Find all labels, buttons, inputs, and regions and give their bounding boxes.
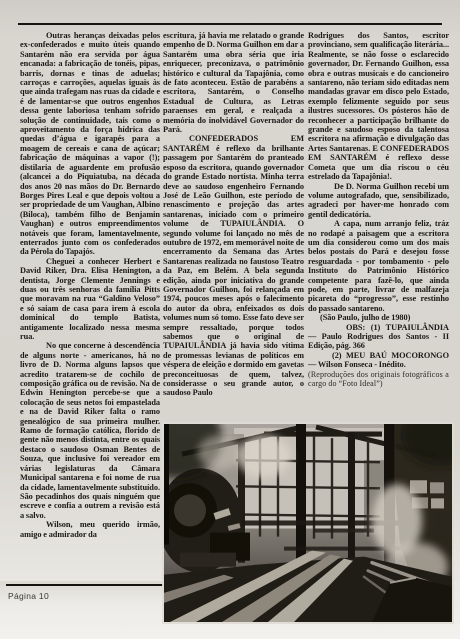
top-rule (18, 23, 442, 25)
paragraph: Outras heranças deixadas pelos ex-confed… (20, 31, 160, 257)
page-bottom-margin (0, 627, 460, 639)
scanned-page: Outras heranças deixadas pelos ex-confed… (0, 0, 460, 639)
footer-rule (6, 584, 163, 586)
column-2: escritura, já havia me relatado o grande… (163, 31, 304, 398)
photo-credits: (Reproduções dos originais fotográficos … (308, 370, 449, 389)
paragraph: A capa, num arranjo feliz, tráz no rodap… (308, 219, 449, 313)
paragraph: Wilson, meu querido irmão, amigo e admir… (20, 520, 160, 539)
sawmill-photo-illustration (164, 424, 452, 622)
column-3: Rodrigues dos Santos, escritor provincia… (308, 31, 449, 388)
paragraph: No que concerne à descendência de alguns… (20, 341, 160, 520)
obs-note-2: (2) MEU BAÚ MOCORONGO — Wilson Fonseca -… (308, 351, 449, 370)
sawmill-photo (164, 424, 452, 622)
column-1: Outras heranças deixadas pelos ex-confed… (20, 31, 160, 583)
paragraph: escritura, já havia me relatado o grande… (163, 31, 304, 134)
obs-note-1: OBS: (1) TUPAIULÂNDIA — Paulo Rodrigues … (308, 323, 449, 351)
paragraph: CONFEDERADOS EM SANTARÉM é reflexo da br… (163, 134, 304, 397)
page-number: Página 10 (8, 591, 49, 601)
paragraph: De D. Norma Guilhon recebi um volume aut… (308, 182, 449, 220)
dateline: (São Paulo, julho de 1980) (308, 313, 449, 322)
paragraph: Rodrigues dos Santos, escritor provincia… (308, 31, 449, 182)
paragraph: Cheguei a conhecer Herbert e David Riker… (20, 257, 160, 342)
